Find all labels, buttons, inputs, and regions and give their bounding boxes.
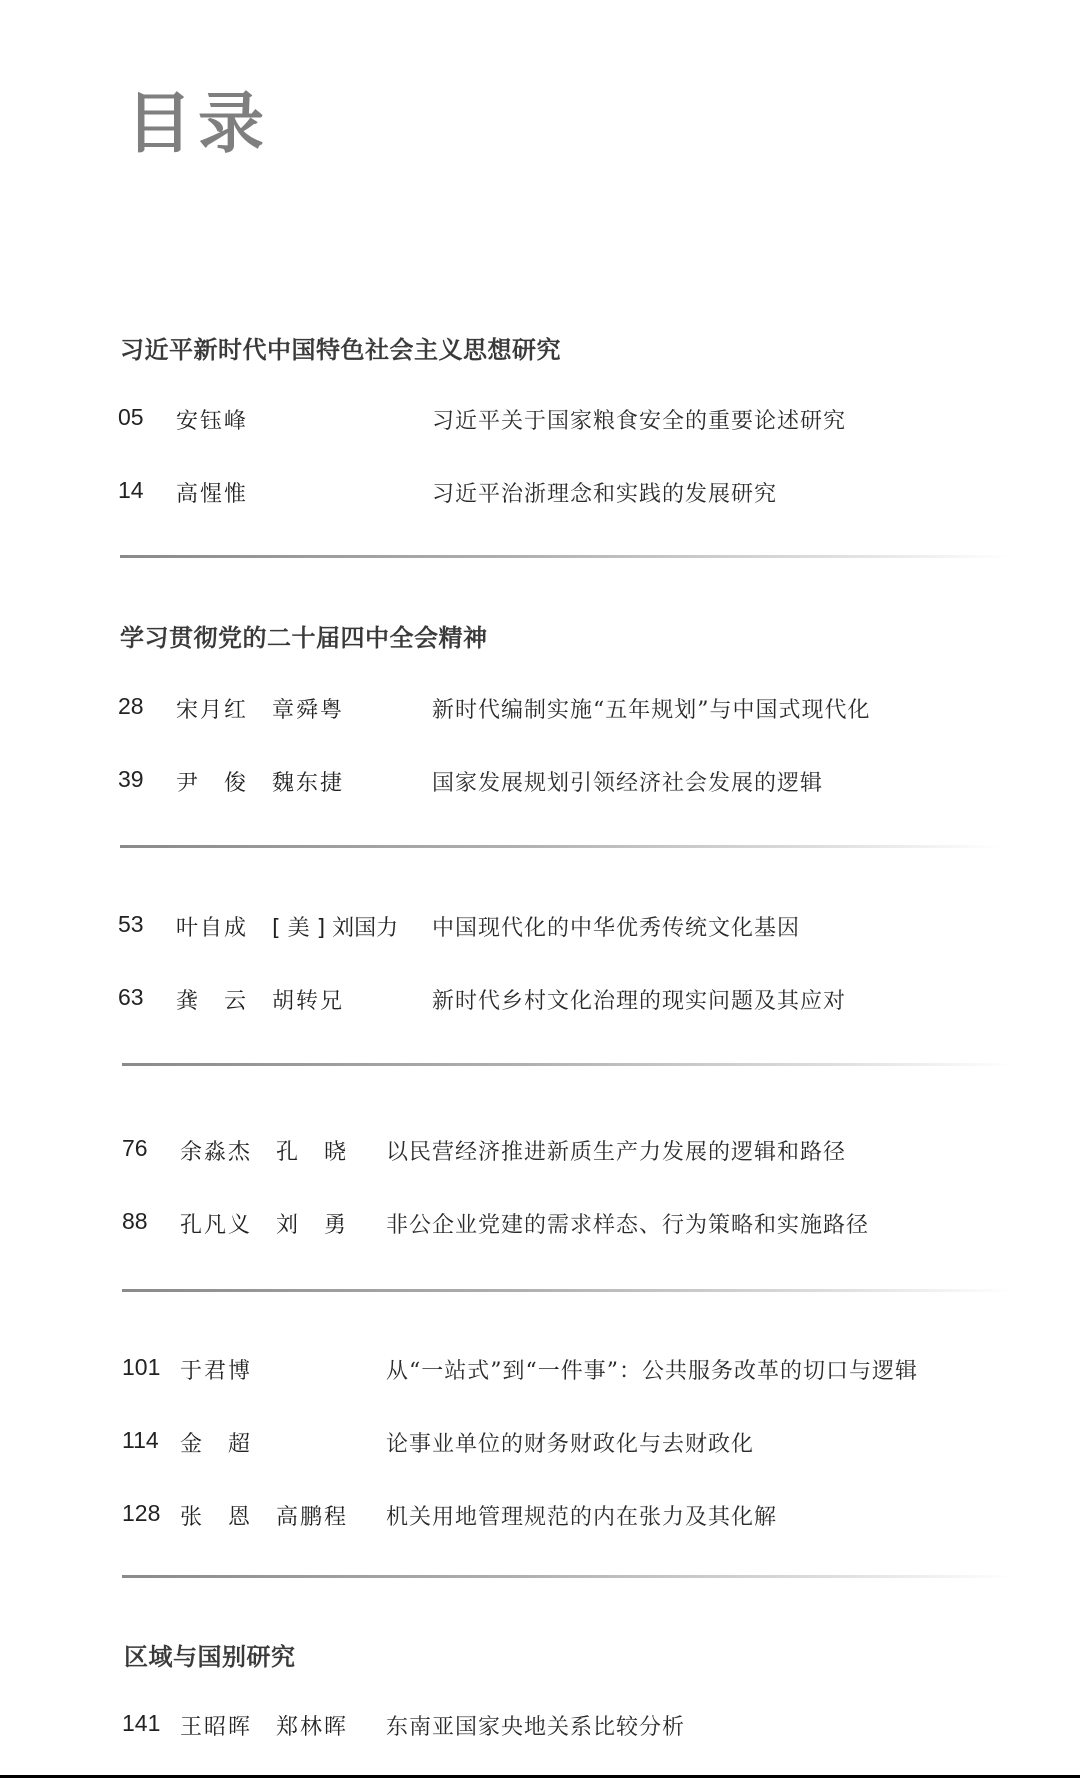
author: 魏东捷 [272,766,344,797]
page-number: 88 [122,1208,148,1235]
page-number: 28 [118,693,144,720]
page-number: 63 [118,984,144,1011]
article-title: 以民营经济推进新质生产力发展的逻辑和路径 [386,1135,846,1166]
section-divider [122,1063,1012,1066]
author: 孔 晓 [276,1135,348,1166]
page-number: 53 [118,911,144,938]
page-number: 76 [122,1135,148,1162]
article-title: 习近平关于国家粮食安全的重要论述研究 [432,404,846,435]
page-number: 101 [122,1354,160,1381]
author: 孔凡义 [180,1208,252,1239]
section-heading-1: 习近平新时代中国特色社会主义思想研究 [120,330,561,365]
page-number: 14 [118,477,144,504]
author: 宋月红 [176,693,248,724]
author: 龚 云 [176,984,248,1015]
section-divider [122,1575,1012,1578]
author: 高鹏程 [276,1500,348,1531]
section-divider [122,1289,1012,1292]
article-title: 新时代编制实施“五年规划”与中国式现代化 [432,693,871,724]
author: 章舜粤 [272,693,344,724]
article-title: 东南亚国家央地关系比较分析 [386,1710,685,1741]
author: 尹 俊 [176,766,248,797]
section-heading-2: 学习贯彻党的二十届四中全会精神 [120,618,488,653]
article-title: 国家发展规划引领经济社会发展的逻辑 [432,766,823,797]
author: 叶自成 [176,911,248,942]
section-divider [120,555,1010,558]
author: 王昭晖 [180,1710,252,1741]
article-title: 从“一站式”到“一件事”：公共服务改革的切口与逻辑 [386,1354,918,1385]
author: 余淼杰 [180,1135,252,1166]
author: 安钰峰 [176,404,248,435]
article-title: 习近平治浙理念和实践的发展研究 [432,477,777,508]
page-number: 05 [118,404,144,431]
article-title: 非公企业党建的需求样态、行为策略和实施路径 [386,1208,869,1239]
section-divider [120,845,1000,848]
author: 胡转兄 [272,984,344,1015]
section-heading-6: 区域与国别研究 [124,1637,296,1672]
author: 金 超 [180,1427,252,1458]
page-number: 114 [122,1427,159,1454]
author: [ 美 ] 刘国力 [272,911,398,942]
page-number: 39 [118,766,144,793]
author: 张 恩 [180,1500,252,1531]
article-title: 机关用地管理规范的内在张力及其化解 [386,1500,777,1531]
author: 于君博 [180,1354,252,1385]
author: 郑林晖 [276,1710,348,1741]
page-number: 141 [122,1710,160,1737]
article-title: 中国现代化的中华优秀传统文化基因 [432,911,800,942]
article-title: 新时代乡村文化治理的现实问题及其应对 [432,984,846,1015]
page-title: 目录 [126,70,270,165]
article-title: 论事业单位的财务财政化与去财政化 [386,1427,754,1458]
page-number: 128 [122,1500,160,1527]
author: 刘 勇 [276,1208,348,1239]
author: 高惺惟 [176,477,248,508]
